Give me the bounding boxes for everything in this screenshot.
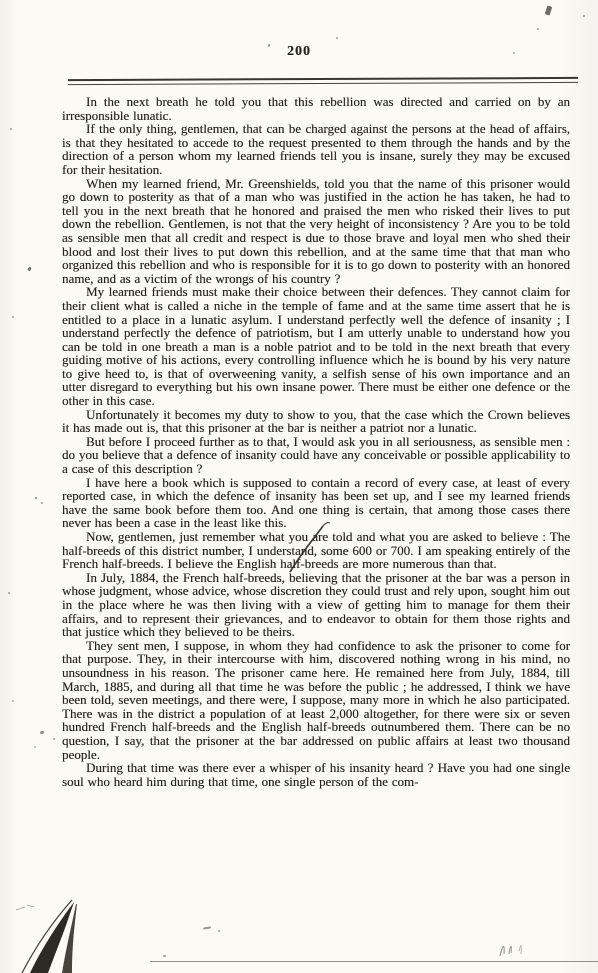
paragraph: But before I proceed further as to that,… <box>62 435 570 476</box>
page-curl-artifact <box>10 894 100 973</box>
paragraph: During that time was there ever a whispe… <box>62 761 570 788</box>
ink-speck <box>12 316 14 318</box>
ink-speck <box>41 502 43 504</box>
ink-speck <box>34 746 36 748</box>
ink-speck <box>163 955 166 957</box>
ink-speck <box>10 128 12 130</box>
ink-speck <box>537 28 539 30</box>
paragraph: My learned friends must make their choic… <box>62 285 570 407</box>
paragraph: They sent men, I suppose, in whom they h… <box>62 639 570 761</box>
ink-speck <box>8 592 10 594</box>
document-text: In the next breath he told you that this… <box>62 95 570 788</box>
ink-speck <box>12 700 14 702</box>
ink-speck <box>336 37 338 39</box>
ink-speck <box>583 15 585 17</box>
paragraph: I have here a book which is supposed to … <box>62 476 570 530</box>
ink-speck <box>203 926 211 929</box>
ink-speck <box>218 930 220 932</box>
paragraph: If the only thing, gentlemen, that can b… <box>62 122 570 176</box>
paragraph: In July, 1884, the French half-breeds, b… <box>62 571 570 639</box>
scanned-page: 200 In the next breath he told you that … <box>0 0 598 973</box>
ink-speck <box>27 267 32 272</box>
ink-speck <box>513 52 515 54</box>
bottom-scan-rule <box>150 961 598 962</box>
paragraph: In the next breath he told you that this… <box>62 95 570 122</box>
page-number: 200 <box>0 44 598 60</box>
pencil-scribble <box>492 932 540 962</box>
header-double-rule <box>68 77 578 85</box>
ink-speck <box>40 730 45 734</box>
paragraph: Now, gentlemen, just remember what you a… <box>62 530 570 571</box>
ink-speck <box>53 738 55 740</box>
ink-speck <box>545 5 553 15</box>
paragraph: Unfortunately it becomes my duty to show… <box>62 408 570 435</box>
paragraph: When my learned friend, Mr. Greenshields… <box>62 177 570 286</box>
ink-speck <box>35 497 37 499</box>
